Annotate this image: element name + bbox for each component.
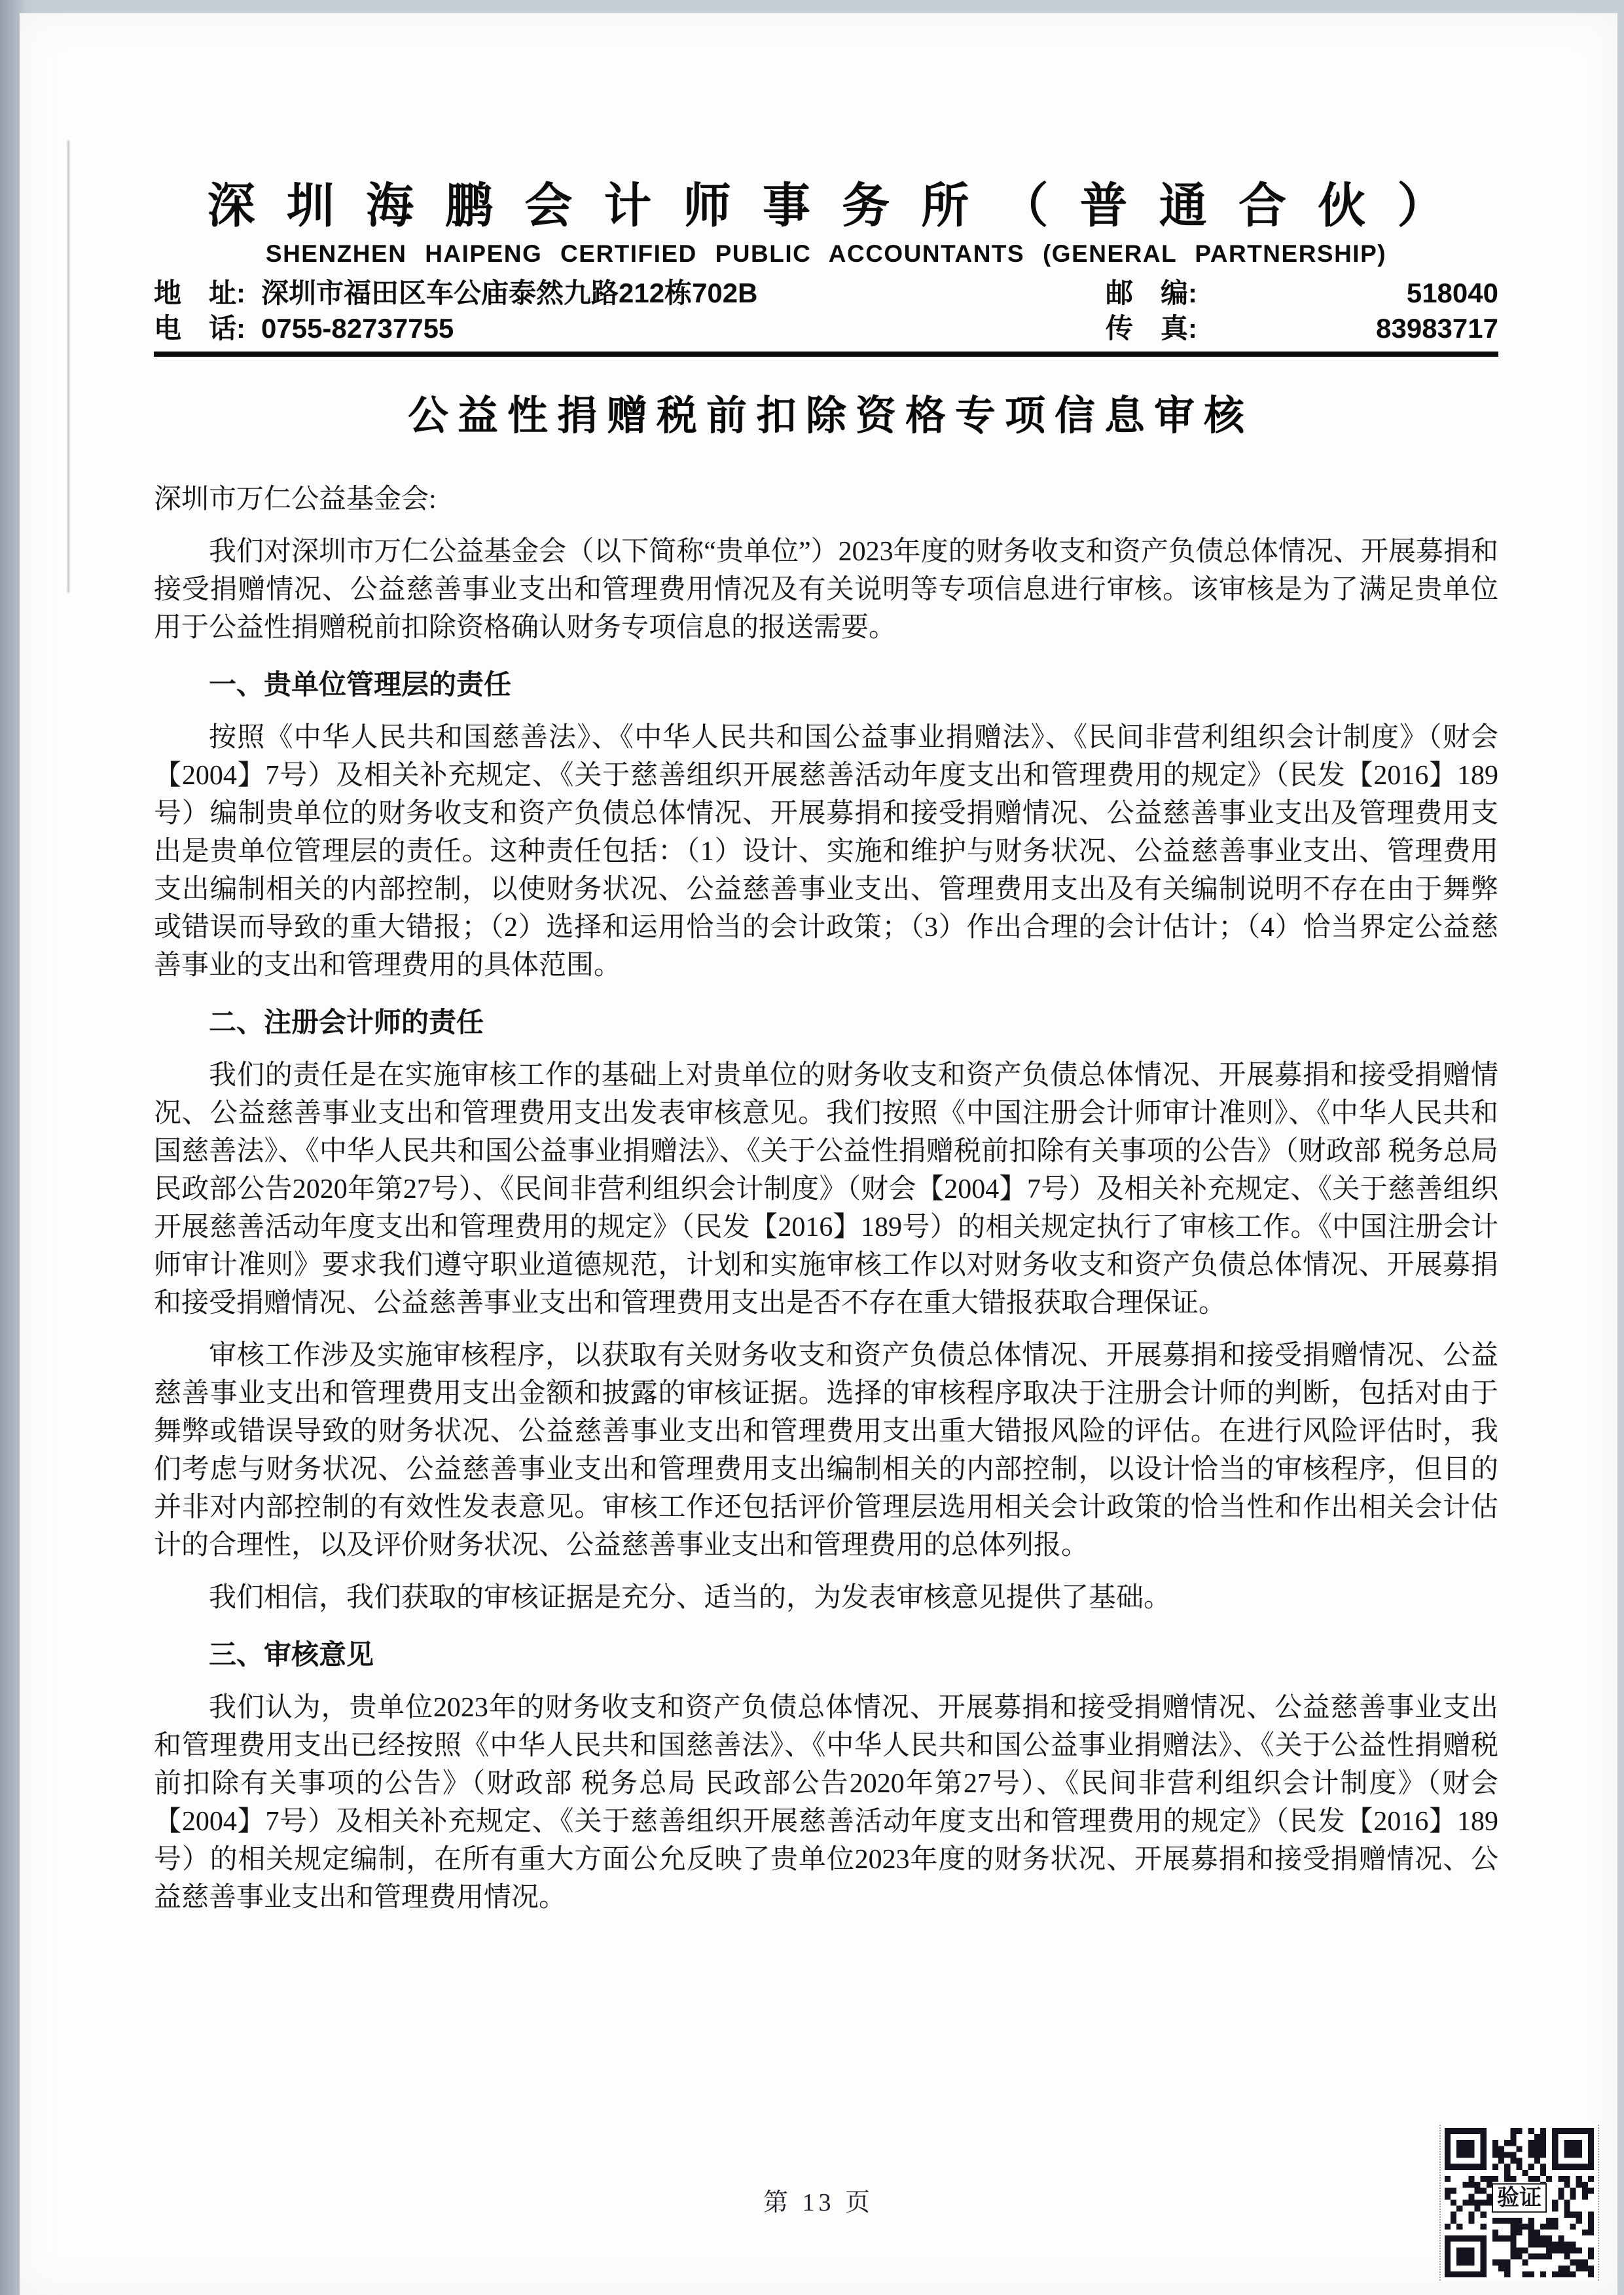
document-title: 公益性捐赠税前扣除资格专项信息审核	[154, 391, 1498, 442]
scan-artifact-streak	[67, 141, 69, 592]
addressee-line: 深圳市万仁公益基金会:	[154, 480, 1498, 518]
qr-center-label: 验证	[1492, 2183, 1547, 2213]
letterhead-divider-rule	[154, 352, 1498, 357]
fax-value: 83983717	[1376, 311, 1498, 346]
postal-code-value: 518040	[1407, 276, 1498, 311]
document-body: 深圳市万仁公益基金会: 我们对深圳市万仁公益基金会（以下简称“贵单位”）2023…	[154, 480, 1498, 1917]
scanned-document-page: 深圳海鹏会计师事务所（普通合伙） SHENZHEN HAIPENG CERTIF…	[0, 0, 1624, 2295]
contact-block: 地 址: 深圳市福田区车公庙泰然九路212栋702B 邮 编: 518040 电…	[154, 276, 1498, 346]
section-heading-1: 一、贵单位管理层的责任	[154, 666, 1498, 704]
fax-label: 传 真:	[1106, 311, 1197, 346]
paragraph: 我们的责任是在实施审核工作的基础上对贵单位的财务收支和资产负债总体情况、开展募捐…	[154, 1057, 1498, 1322]
phone-row: 电 话: 0755-82737755 传 真: 83983717	[154, 311, 1498, 346]
paragraph: 我们认为，贵单位2023年的财务收支和资产负债总体情况、开展募捐和接受捐赠情况、…	[154, 1689, 1498, 1917]
paragraph: 审核工作涉及实施审核程序，以获取有关财务收支和资产负债总体情况、开展募捐和接受捐…	[154, 1337, 1498, 1564]
phone-label: 电 话:	[154, 311, 245, 346]
address-label: 地 址:	[154, 276, 245, 311]
phone-value: 0755-82737755	[261, 311, 454, 346]
letterhead: 深圳海鹏会计师事务所（普通合伙） SHENZHEN HAIPENG CERTIF…	[154, 177, 1498, 357]
paper-sheet: 深圳海鹏会计师事务所（普通合伙） SHENZHEN HAIPENG CERTIF…	[20, 13, 1617, 2295]
section-heading-3: 三、审核意见	[154, 1636, 1498, 1674]
verification-qr-code: 验证	[1439, 2125, 1599, 2281]
page-number: 第 13 页	[20, 2182, 1617, 2218]
address-row: 地 址: 深圳市福田区车公庙泰然九路212栋702B 邮 编: 518040	[154, 276, 1498, 311]
company-name-english: SHENZHEN HAIPENG CERTIFIED PUBLIC ACCOUN…	[154, 239, 1498, 269]
company-name-chinese: 深圳海鹏会计师事务所（普通合伙）	[154, 177, 1498, 235]
paragraph: 按照《中华人民共和国慈善法》、《中华人民共和国公益事业捐赠法》、《民间非营利组织…	[154, 719, 1498, 985]
paragraph: 我们相信，我们获取的审核证据是充分、适当的，为发表审核意见提供了基础。	[154, 1579, 1498, 1617]
postal-code-label: 邮 编:	[1106, 276, 1197, 311]
section-heading-2: 二、注册会计师的责任	[154, 1004, 1498, 1042]
page-content: 深圳海鹏会计师事务所（普通合伙） SHENZHEN HAIPENG CERTIF…	[154, 177, 1498, 2295]
paragraph: 我们对深圳市万仁公益基金会（以下简称“贵单位”）2023年度的财务收支和资产负债…	[154, 533, 1498, 647]
address-value: 深圳市福田区车公庙泰然九路212栋702B	[261, 276, 757, 311]
